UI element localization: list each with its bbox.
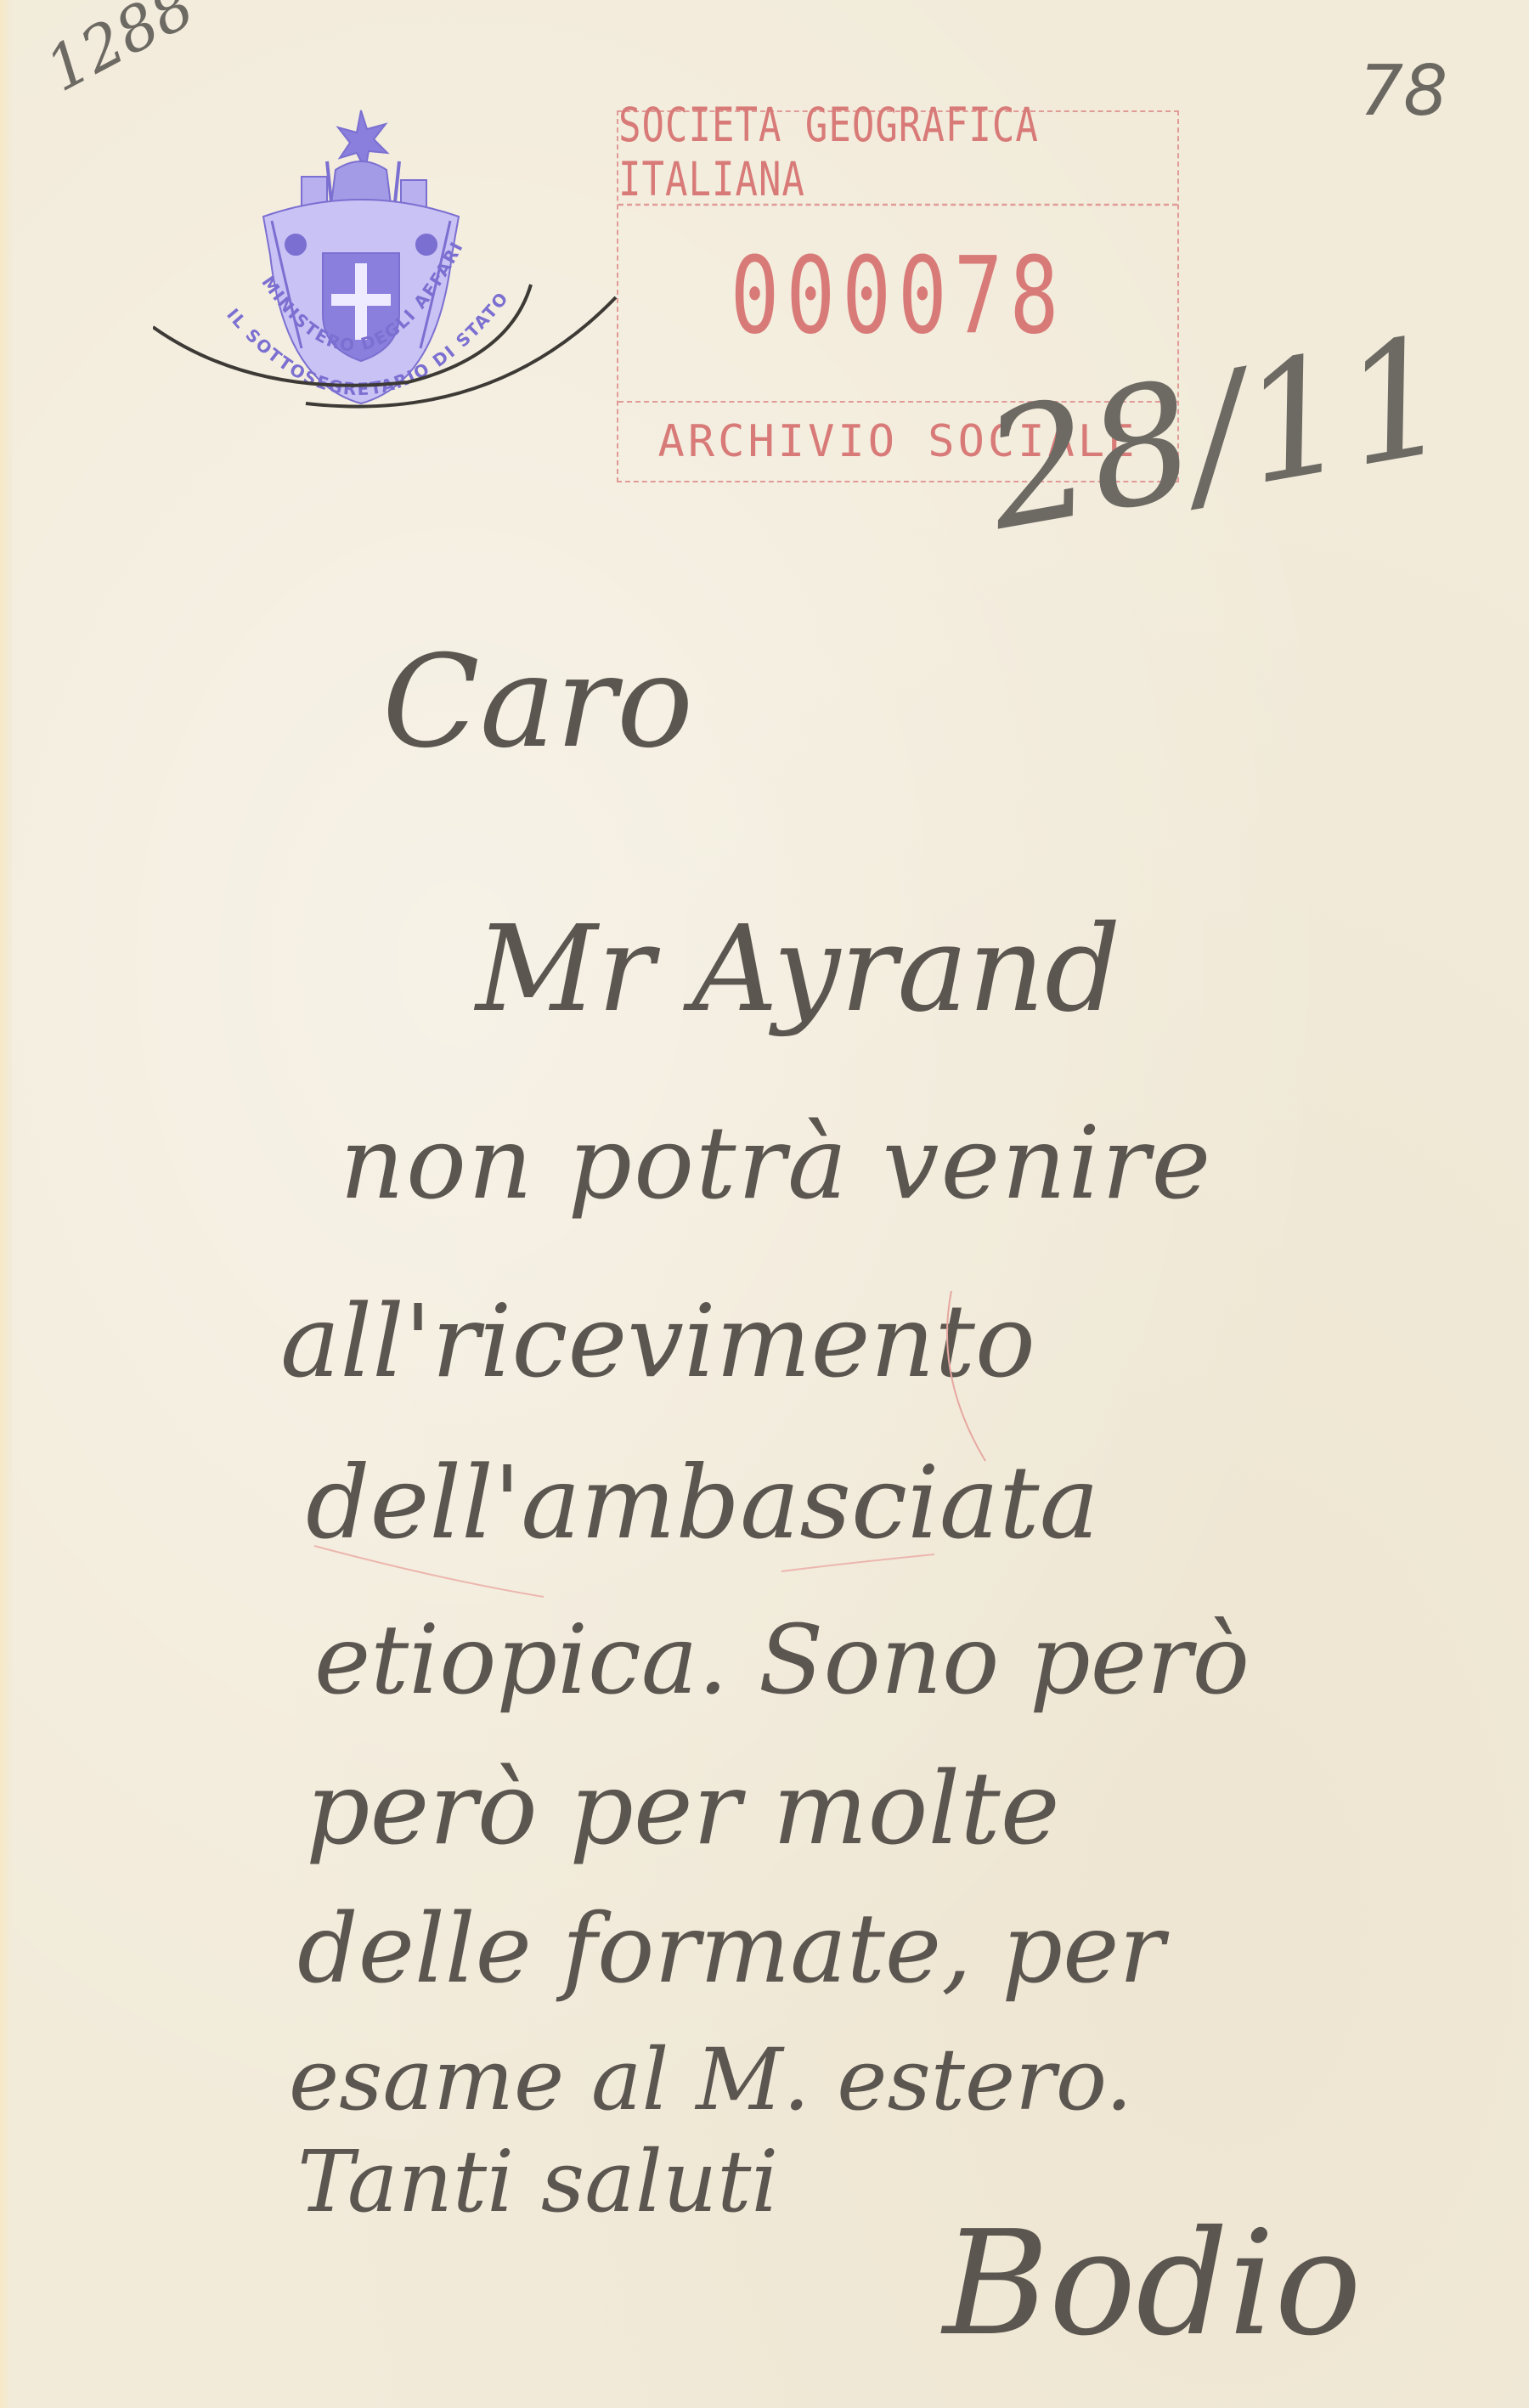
red-pencil-marks	[0, 0, 1529, 2408]
